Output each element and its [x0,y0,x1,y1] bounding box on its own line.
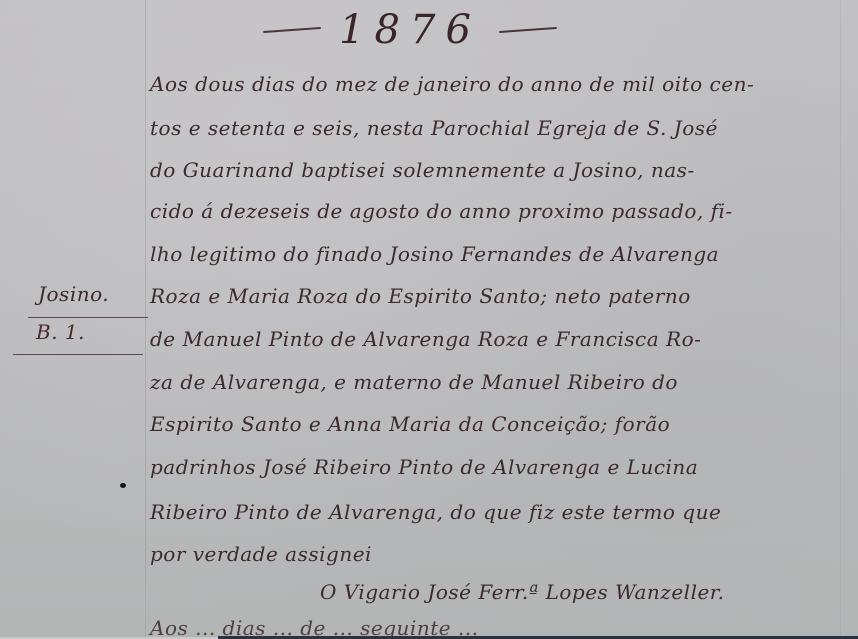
record-line-3: do Guarinand baptisei solemnemente a Jos… [150,156,695,184]
left-margin-rule [145,0,146,639]
margin-entry-number: B. 1. [36,320,85,344]
margin-baptized-name: Josino. [38,282,109,306]
record-line-9: Espirito Santo e Anna Maria da Conceição… [150,410,670,438]
right-margin-rule [840,0,841,639]
record-line-6: Roza e Maria Roza do Espirito Santo; net… [150,282,691,310]
record-line-7: de Manuel Pinto de Alvarenga Roza e Fran… [150,325,701,353]
year-heading: 1876 [255,2,565,58]
year-text: 1876 [339,7,481,53]
record-line-4: cido á dezeseis de agosto do anno proxim… [150,197,733,225]
document-page: 1876 Josino. B. 1. Aos dous dias do mez … [0,0,858,639]
margin-underline-lower [13,354,143,355]
record-line-1: Aos dous dias do mez de janeiro do anno … [150,70,754,98]
record-line-2: tos e setenta e seis, nesta Parochial Eg… [150,114,718,142]
record-line-10: padrinhos José Ribeiro Pinto de Alvareng… [150,453,698,481]
record-line-11: Ribeiro Pinto de Alvarenga, do que fiz e… [150,498,721,526]
record-line-12: por verdade assignei [150,540,372,568]
record-line-5: lho legitimo do finado Josino Fernandes … [150,240,719,268]
heading-flourish-left [263,27,321,33]
record-line-8: za de Alvarenga, e materno de Manuel Rib… [150,368,678,396]
heading-flourish-right [499,27,557,33]
ink-dot-mark [120,483,126,488]
vicar-signature: O Vigario José Ferr.ª Lopes Wanzeller. [320,580,725,604]
margin-underline [28,317,148,318]
